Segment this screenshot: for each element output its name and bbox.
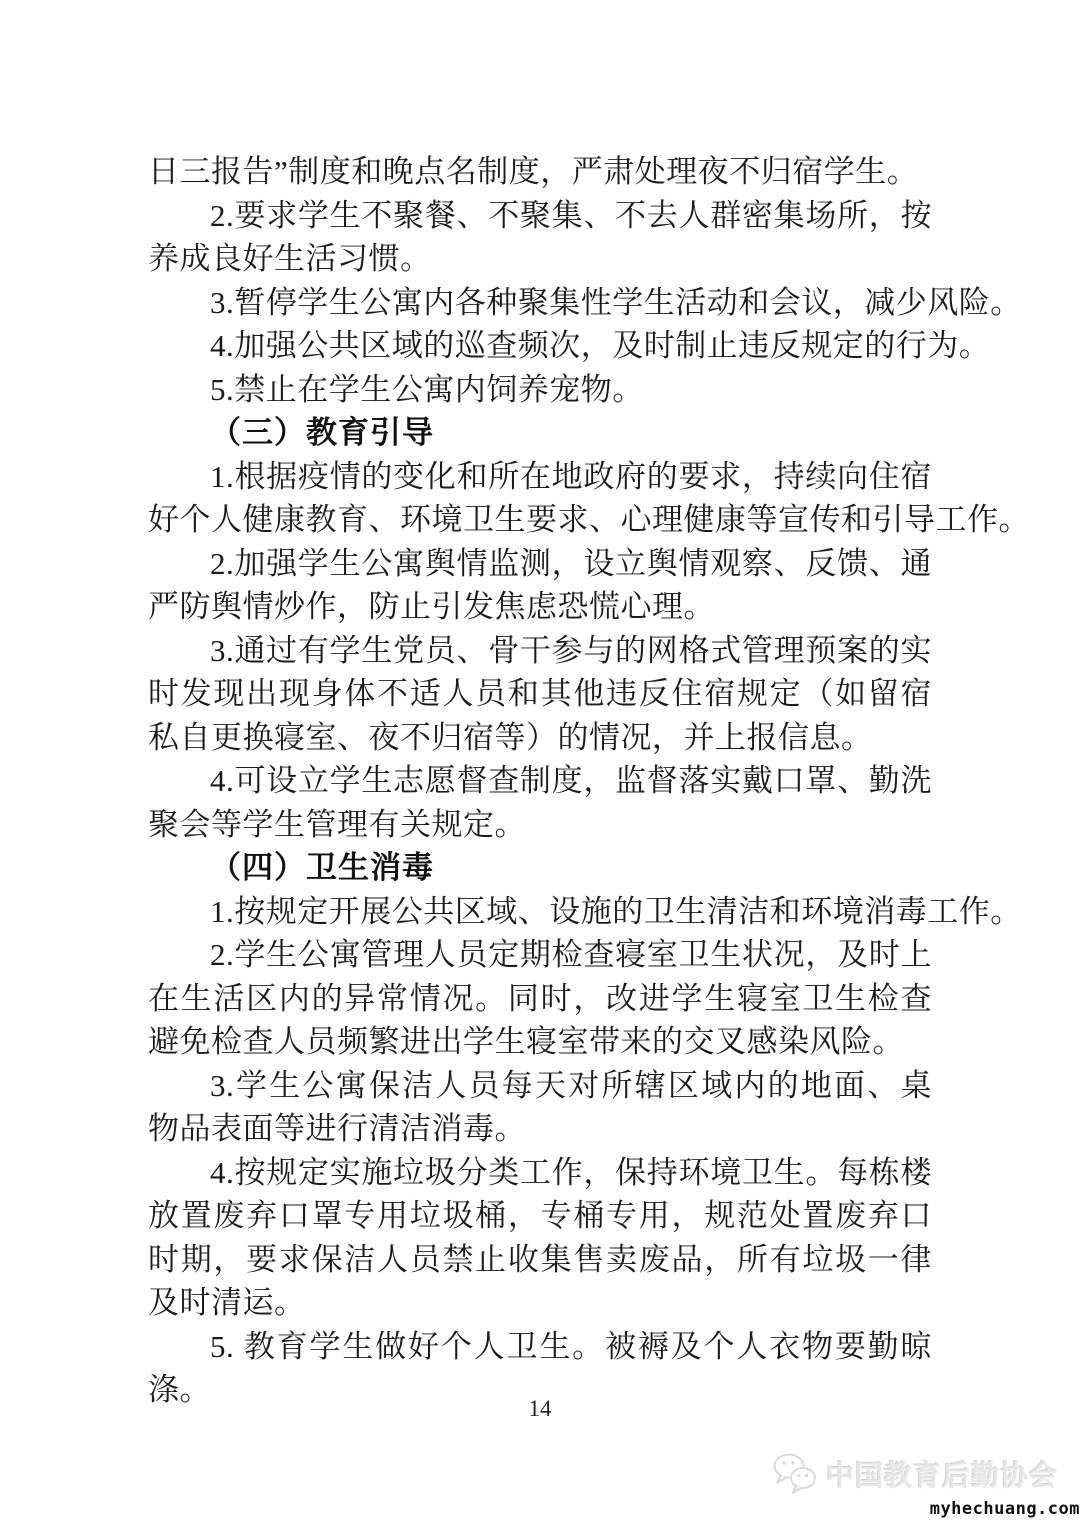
text-line: 物品表面等进行清洁消毒。 xyxy=(148,1107,932,1151)
text-line: 3.通过有学生党员、骨干参与的网格式管理预案的实施，及 xyxy=(148,629,932,673)
text-line: 日三报告”制度和晚点名制度，严肃处理夜不归宿学生。 xyxy=(148,150,932,194)
section-heading: （四）卫生消毒 xyxy=(148,846,932,890)
text-line: 5. 教育学生做好个人卫生。被褥及个人衣物要勤晾晒、勤洗 xyxy=(148,1325,932,1369)
watermark-label: 中国教育后勤协会 xyxy=(826,1454,1058,1494)
text-line: 私自更换寝室、夜不归宿等）的情况，并上报信息。 xyxy=(148,716,932,760)
section-heading: （三）教育引导 xyxy=(148,411,932,455)
text-line: 2.要求学生不聚餐、不聚集、不去人群密集场所，按时作息， xyxy=(148,194,932,238)
document-body: 日三报告”制度和晚点名制度，严肃处理夜不归宿学生。2.要求学生不聚餐、不聚集、不… xyxy=(148,150,932,1412)
text-line: 养成良好生活习惯。 xyxy=(148,237,932,281)
text-line: 3.暂停学生公寓内各种聚集性学生活动和会议，减少风险。 xyxy=(148,281,932,325)
text-line: 3.学生公寓保洁人员每天对所辖区域内的地面、桌面、公共 xyxy=(148,1064,932,1108)
page-number: 14 xyxy=(0,1396,1080,1422)
text-line: 1.按规定开展公共区域、设施的卫生清洁和环境消毒工作。 xyxy=(148,890,932,934)
text-line: 4.按规定实施垃圾分类工作，保持环境卫生。每栋楼宇外宜 xyxy=(148,1151,932,1195)
text-line: 及时清运。 xyxy=(148,1281,932,1325)
text-line: 聚会等学生管理有关规定。 xyxy=(148,803,932,847)
text-line: 2.学生公寓管理人员定期检查寝室卫生状况，及时上报学生 xyxy=(148,933,932,977)
document-page: { "page": { "number": "14", "background"… xyxy=(0,0,1080,1528)
text-line: 时期，要求保洁人员禁止收集售卖废品，所有垃圾一律分类装袋， xyxy=(148,1238,932,1282)
text-line: 1.根据疫情的变化和所在地政府的要求，持续向住宿学生做 xyxy=(148,455,932,499)
text-line: 避免检查人员频繁进出学生寝室带来的交叉感染风险。 xyxy=(148,1020,932,1064)
website-url: myhechuang.com xyxy=(930,1499,1080,1519)
document-canvas: 日三报告”制度和晚点名制度，严肃处理夜不归宿学生。2.要求学生不聚餐、不聚集、不… xyxy=(0,0,1080,1528)
text-line: 2.加强学生公寓舆情监测，设立舆情观察、反馈、通报机制， xyxy=(148,542,932,586)
text-line: 好个人健康教育、环境卫生要求、心理健康等宣传和引导工作。 xyxy=(148,498,932,542)
text-line: 严防舆情炒作，防止引发焦虑恐慌心理。 xyxy=(148,585,932,629)
wechat-icon xyxy=(772,1452,818,1496)
association-watermark: 中国教育后勤协会 xyxy=(772,1452,1058,1496)
text-line: 在生活区内的异常情况。同时，改进学生寝室卫生检查方式，以 xyxy=(148,977,932,1021)
text-line: 4.可设立学生志愿督查制度，监督落实戴口罩、勤洗手、不 xyxy=(148,759,932,803)
text-line: 时发现出现身体不适人员和其他违反住宿规定（如留宿外来人员、 xyxy=(148,672,932,716)
text-line: 4.加强公共区域的巡查频次，及时制止违反规定的行为。 xyxy=(148,324,932,368)
text-line: 5.禁止在学生公寓内饲养宠物。 xyxy=(148,368,932,412)
text-line: 放置废弃口罩专用垃圾桶，专桶专用，规范处置废弃口罩。特殊 xyxy=(148,1194,932,1238)
